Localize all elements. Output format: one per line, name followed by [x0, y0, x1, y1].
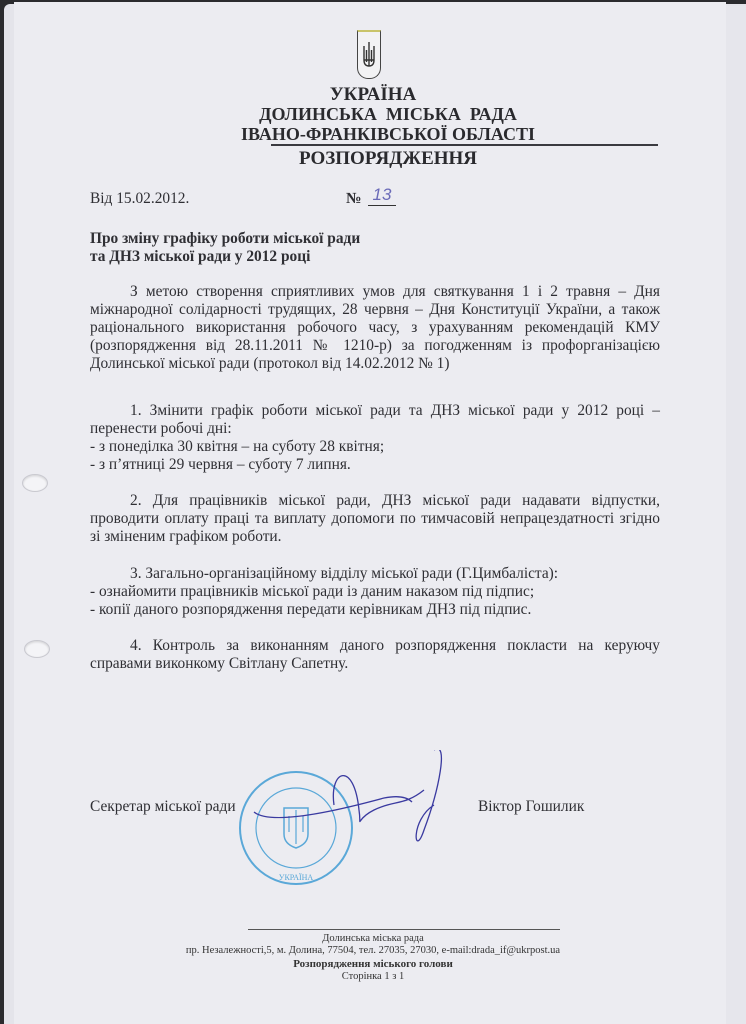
footer-divider	[248, 929, 560, 930]
footer-org: Долинська міська рада	[0, 933, 746, 945]
subject-line-1: Про зміну графіку роботи міської ради	[90, 230, 360, 248]
footer-page: Сторінка 1 з 1	[0, 971, 746, 983]
signature-position: Секретар міської ради	[90, 798, 236, 816]
item-1: 1. Змінити графік роботи міської ради та…	[90, 402, 660, 438]
footer-address: пр. Незалежності,5, м. Долина, 77504, те…	[0, 945, 746, 957]
item-1-sub-2: - з п’ятниці 29 червня – суботу 7 липня.	[90, 456, 351, 474]
punch-hole	[22, 474, 48, 492]
header-divider	[271, 144, 658, 146]
item-4: 4. Контроль за виконанням даного розпоря…	[90, 637, 660, 673]
subject-line-2: та ДНЗ міської ради у 2012 році	[90, 248, 310, 266]
header-country: УКРАЇНА	[0, 84, 746, 106]
header-region: ІВАНО-ФРАНКІВСЬКОЇ ОБЛАСТІ	[15, 124, 746, 145]
item-3: 3. Загально-організаційному відділу місь…	[130, 565, 558, 583]
coat-of-arms-icon	[357, 30, 381, 79]
footer-doc-kind: Розпорядження міського голови	[0, 958, 746, 970]
signatory-name: Віктор Гошилик	[478, 798, 584, 816]
punch-hole	[24, 640, 50, 658]
official-stamp-icon: УКРАЇНА	[234, 750, 474, 900]
document-date: Від 15.02.2012.	[90, 190, 189, 208]
document-type: РОЗПОРЯДЖЕННЯ	[15, 148, 746, 170]
number-label: №	[346, 190, 361, 208]
intro-paragraph: З метою створення сприятливих умов для с…	[90, 283, 660, 373]
item-3-sub-1: - ознайомити працівників міської ради із…	[90, 583, 534, 601]
item-3-sub-2: - копії даного розпорядження передати ке…	[90, 601, 531, 619]
svg-text:УКРАЇНА: УКРАЇНА	[279, 873, 314, 882]
header-council: ДОЛИНСЬКА МІСЬКА РАДА	[15, 104, 746, 125]
item-2: 2. Для працівників міської ради, ДНЗ міс…	[90, 492, 660, 546]
document-number: 13	[368, 185, 396, 206]
item-1-sub-1: - з понеділка 30 квітня – на суботу 28 к…	[90, 438, 384, 456]
